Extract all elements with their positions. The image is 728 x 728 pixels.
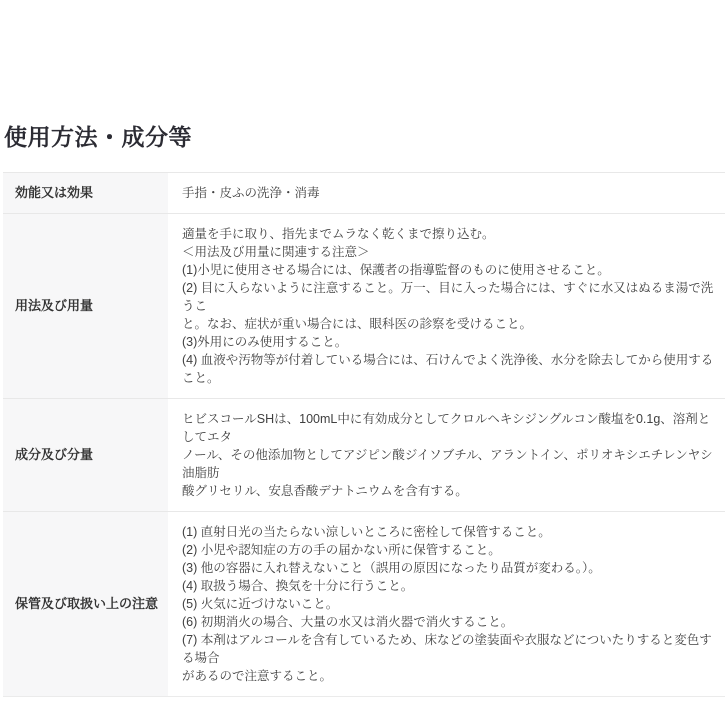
table-row: 効能又は効果手指・皮ふの洗浄・消毒	[3, 172, 725, 213]
table-row: 保管及び取扱い上の注意(1) 直射日光の当たらない涼しいところに密栓して保管する…	[3, 511, 725, 696]
row-label: 保管及び取扱い上の注意	[3, 512, 168, 696]
row-label: 効能又は効果	[3, 173, 168, 213]
row-label: 成分及び分量	[3, 399, 168, 511]
product-info-table: 効能又は効果手指・皮ふの洗浄・消毒用法及び用量適量を手に取り、指先までムラなく乾…	[3, 172, 725, 697]
row-value: ヒビスコールSHは、100mL中に有効成分としてクロルヘキシジングルコン酸塩を0…	[168, 399, 725, 511]
row-value: 手指・皮ふの洗浄・消毒	[168, 173, 725, 213]
table-row: 用法及び用量適量を手に取り、指先までムラなく乾くまで擦り込む。 ＜用法及び用量に…	[3, 213, 725, 398]
row-label: 用法及び用量	[3, 214, 168, 398]
table-row: 成分及び分量ヒビスコールSHは、100mL中に有効成分としてクロルヘキシジングル…	[3, 398, 725, 511]
row-value: (1) 直射日光の当たらない涼しいところに密栓して保管すること。 (2) 小児や…	[168, 512, 725, 696]
page-title: 使用方法・成分等	[4, 123, 192, 153]
product-info-page: 使用方法・成分等 効能又は効果手指・皮ふの洗浄・消毒用法及び用量適量を手に取り、…	[0, 0, 728, 728]
row-value: 適量を手に取り、指先までムラなく乾くまで擦り込む。 ＜用法及び用量に関連する注意…	[168, 214, 725, 398]
